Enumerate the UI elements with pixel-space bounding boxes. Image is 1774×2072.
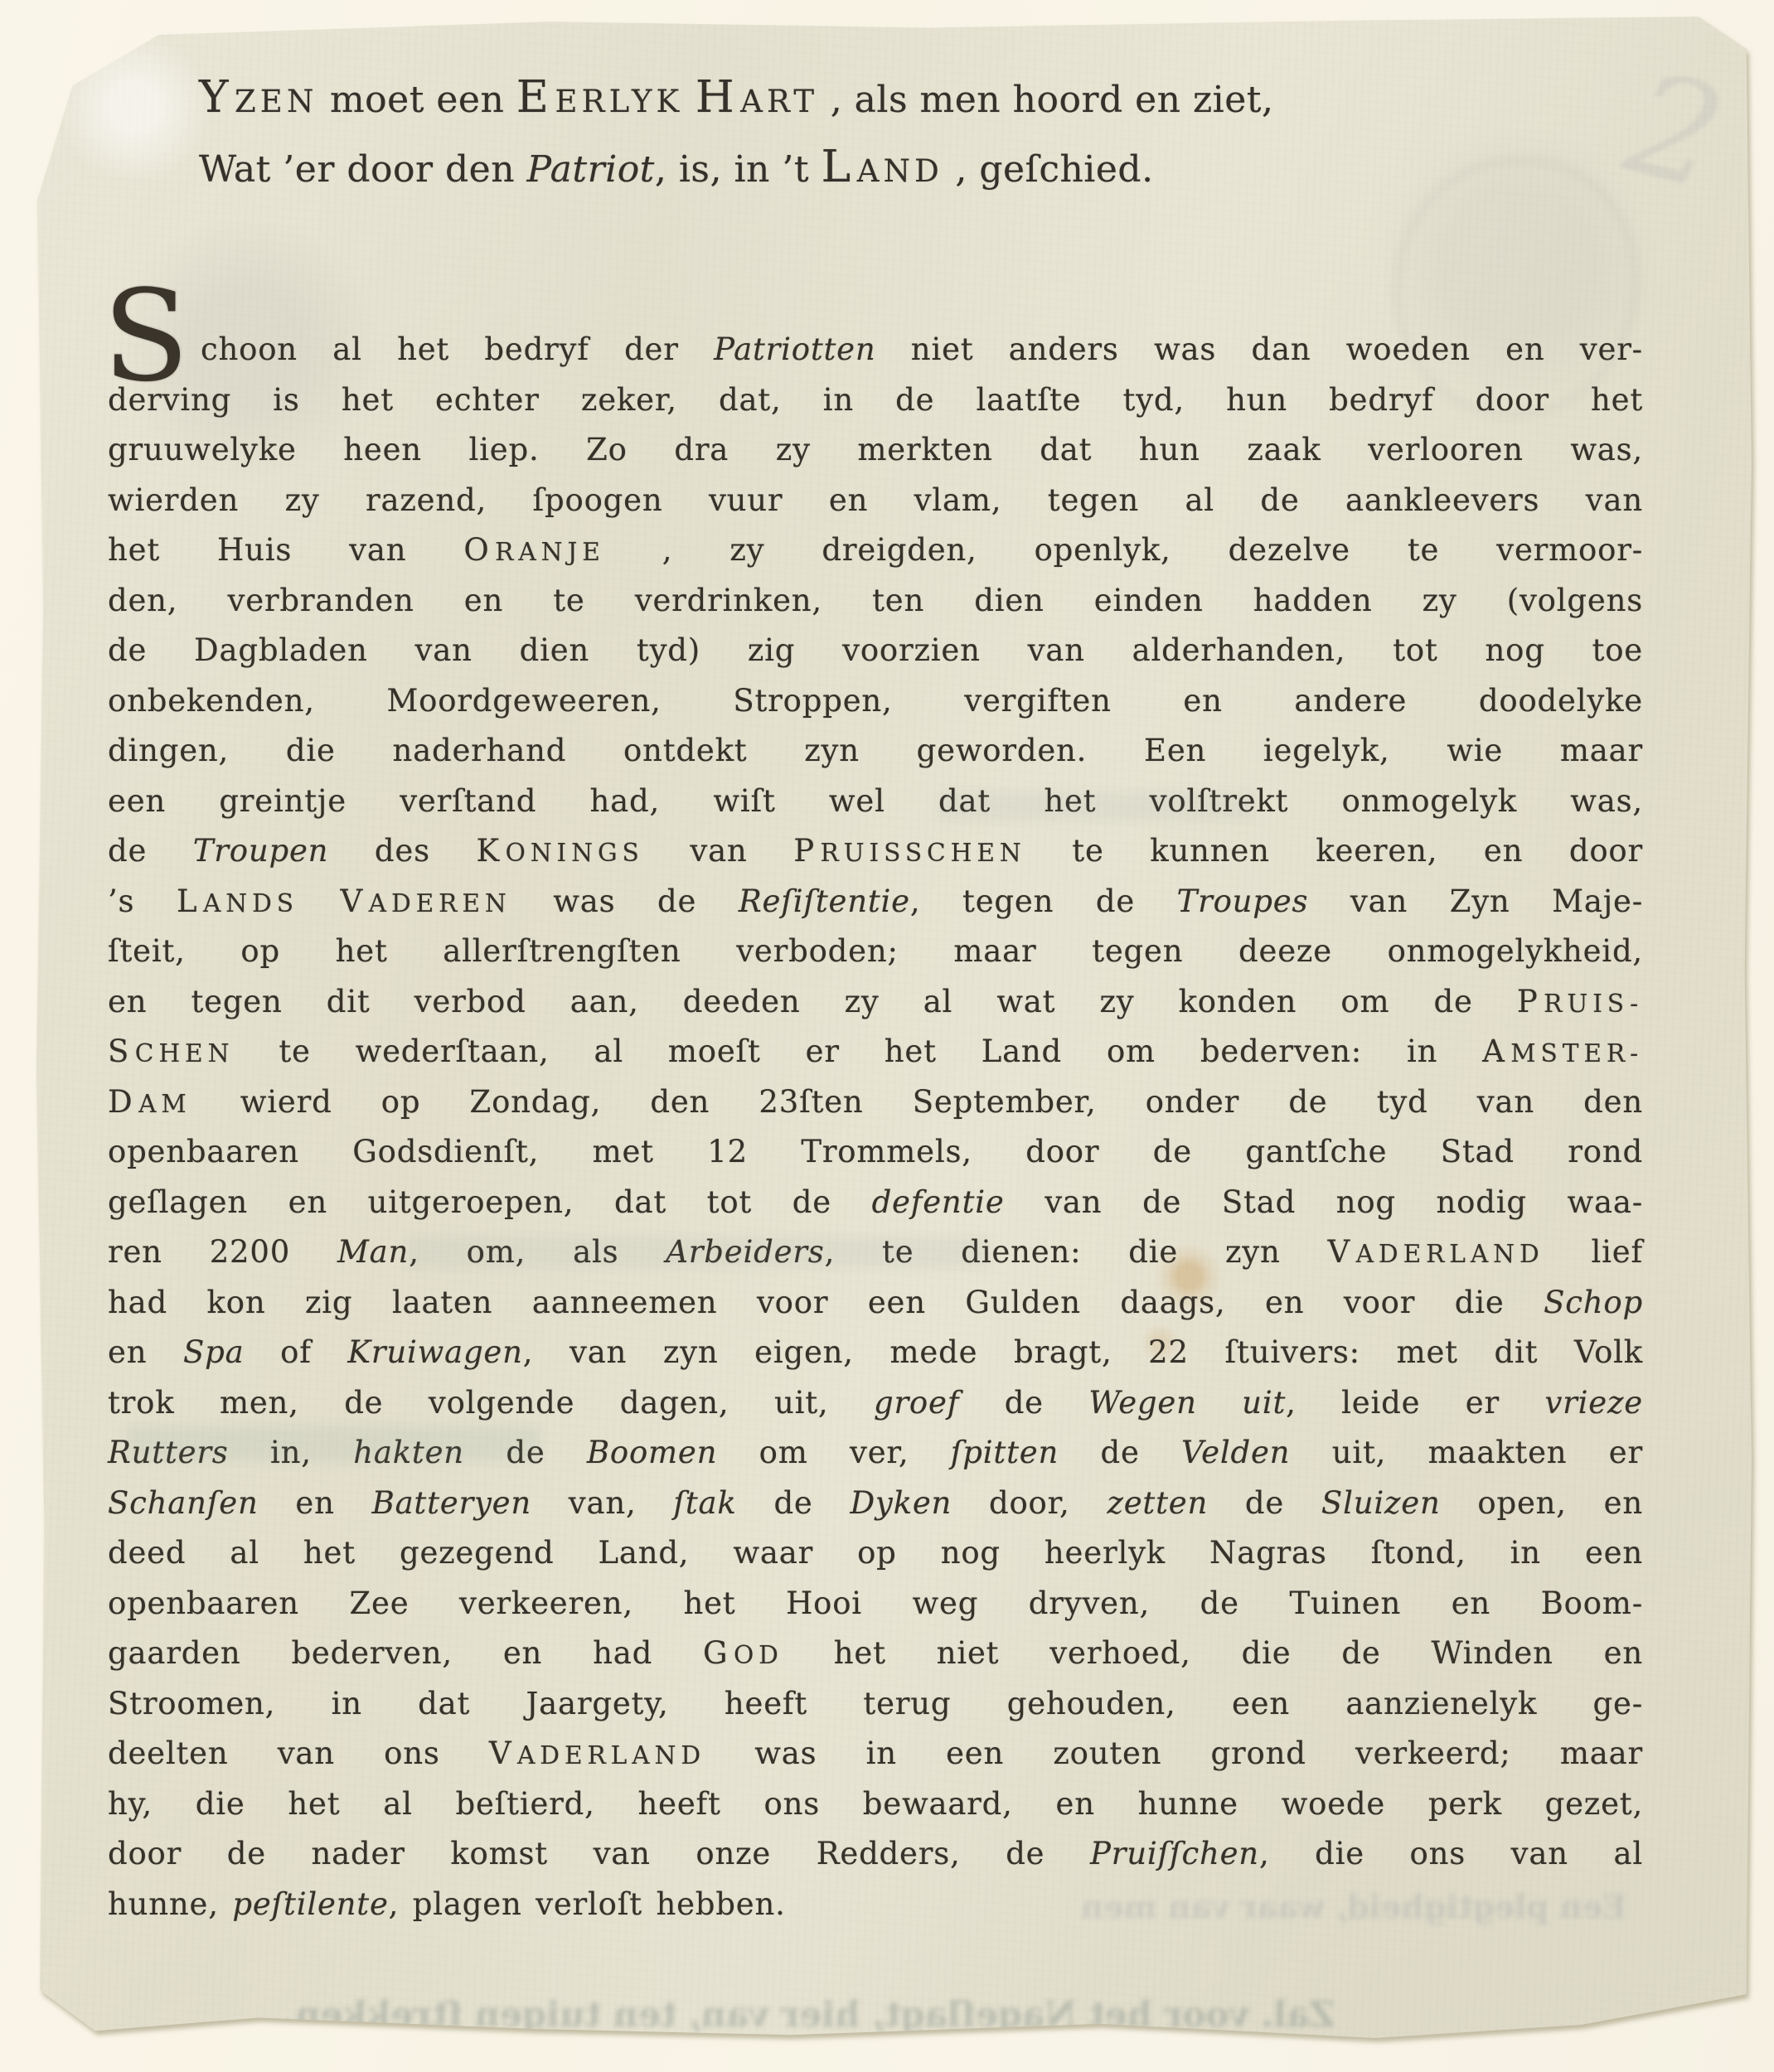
text-run: de bbox=[464, 1435, 587, 1470]
text-run: ’s bbox=[108, 884, 177, 919]
smallcaps-text: D bbox=[108, 1084, 138, 1120]
text-run: door, bbox=[952, 1485, 1107, 1521]
text-run: in, bbox=[229, 1435, 354, 1470]
text-line: SCHEN te wederſtaan, al moeſt er het Lan… bbox=[108, 1027, 1643, 1077]
text-run: onbekenden, Moordgeweeren, Stroppen, ver… bbox=[108, 683, 1643, 719]
smallcaps-text: L bbox=[822, 140, 857, 192]
smallcaps-text: L bbox=[177, 884, 203, 919]
text-run bbox=[683, 79, 696, 121]
heading-line: YZEN moet een EERLYK HART , als men hoor… bbox=[199, 65, 1608, 134]
text-line: trok men, de volgende dagen, uit, groef … bbox=[108, 1378, 1643, 1429]
text-run: was in een zouten grond verkeerd; maar bbox=[705, 1736, 1643, 1771]
italic-text: Velden bbox=[1181, 1435, 1290, 1470]
text-run: open, en bbox=[1441, 1485, 1643, 1521]
smallcaps-text: K bbox=[477, 833, 506, 869]
italic-text: Boomen bbox=[587, 1435, 717, 1470]
text-line: de Troupen des KONINGS van PRUISSCHEN te… bbox=[108, 826, 1643, 877]
text-line: geſlagen en uitgeroepen, dat tot de defe… bbox=[108, 1178, 1643, 1228]
italic-text: ſpitten bbox=[951, 1435, 1059, 1470]
italic-text: Arbeiders bbox=[666, 1234, 824, 1270]
smallcaps-text: ONINGS bbox=[506, 839, 644, 867]
smallcaps-text: ADERLAND bbox=[517, 1741, 705, 1769]
smallcaps-text: V bbox=[1328, 1234, 1356, 1270]
smallcaps-text: ERLYK bbox=[555, 84, 683, 119]
text-run: choon al het bedryf der bbox=[201, 332, 714, 367]
paper-sheet: YZEN moet een EERLYK HART , als men hoor… bbox=[35, 17, 1753, 2047]
italic-text: hakten bbox=[353, 1435, 464, 1470]
smallcaps-text: RUISSCHEN bbox=[820, 839, 1025, 867]
italic-text: Wegen uit bbox=[1088, 1385, 1286, 1421]
italic-text: vrieze bbox=[1544, 1385, 1643, 1421]
text-run: derving is het echter zeker, dat, in de … bbox=[108, 382, 1643, 418]
text-run: hunne, bbox=[108, 1886, 232, 1922]
smallcaps-text: V bbox=[489, 1736, 517, 1771]
italic-text: defentie bbox=[872, 1184, 1005, 1220]
text-run: hy, die het al beſtierd, heeft ons bewaa… bbox=[108, 1786, 1643, 1822]
text-run: de bbox=[1059, 1435, 1181, 1470]
text-run: , plagen verloſt hebben. bbox=[389, 1886, 786, 1922]
smallcaps-text: MSTER- bbox=[1510, 1039, 1643, 1067]
text-run: , te dienen: die zyn bbox=[825, 1234, 1328, 1270]
text-run: om ver, bbox=[717, 1435, 951, 1470]
scanned-document-page: { "palette": { "paper": "#e7e3d1", "back… bbox=[0, 0, 1774, 2072]
text-run: ren 2200 bbox=[108, 1234, 337, 1270]
text-line: hy, die het al beſtierd, heeft ons bewaa… bbox=[108, 1779, 1643, 1830]
text-run: lief bbox=[1544, 1234, 1643, 1270]
text-run: te wederſtaan, al moeſt er het Land om b… bbox=[234, 1034, 1482, 1069]
pencil-mark: 2 bbox=[1612, 41, 1739, 222]
italic-text: Spa bbox=[183, 1334, 245, 1370]
paper-shadow-wrap: YZEN moet een EERLYK HART , als men hoor… bbox=[0, 0, 1774, 2072]
text-line: de Dagbladen van dien tyd) zig voorzien … bbox=[108, 626, 1643, 676]
italic-text: peſtilente bbox=[232, 1886, 388, 1922]
text-run: wierd op Zondag, den 23ſten September, o… bbox=[191, 1084, 1643, 1120]
smallcaps-text: ADEREN bbox=[369, 889, 511, 917]
text-line: door de nader komst van onze Redders, de… bbox=[108, 1829, 1643, 1880]
text-run: des bbox=[328, 833, 476, 869]
text-run: , die ons van al bbox=[1259, 1836, 1643, 1871]
text-run: moet een bbox=[317, 79, 516, 121]
text-run: wierden zy razend, ſpoogen vuur en vlam,… bbox=[108, 482, 1643, 518]
smallcaps-text: E bbox=[516, 70, 555, 123]
text-run: en tegen dit verbod aan, deeden zy al wa… bbox=[108, 984, 1517, 1019]
text-run: te kunnen keeren, en door bbox=[1026, 833, 1643, 869]
text-run: , zy dreigden, openlyk, dezelve te vermo… bbox=[605, 532, 1643, 568]
smallcaps-text: AND bbox=[857, 153, 943, 189]
text-run: gaarden bederven, en had bbox=[108, 1635, 703, 1671]
text-run: dingen, die naderhand ontdekt zyn geword… bbox=[108, 733, 1643, 768]
text-run: Stroomen, in dat Jaargety, heeft terug g… bbox=[108, 1686, 1643, 1721]
text-line: Schoon al het bedryf der Patriotten niet… bbox=[108, 325, 1643, 375]
italic-text: Reſiſtentie bbox=[739, 884, 910, 919]
smallcaps-text: AM bbox=[138, 1090, 191, 1118]
smallcaps-text: Y bbox=[199, 70, 235, 123]
italic-text: Schop bbox=[1544, 1285, 1643, 1320]
smallcaps-text: S bbox=[108, 1034, 135, 1069]
text-run: deed al het gezegend Land, waar op nog h… bbox=[108, 1535, 1643, 1571]
text-run: van Zyn Maje- bbox=[1308, 884, 1643, 919]
text-run: een greintje verſtand had, wiſt wel dat … bbox=[108, 783, 1643, 819]
text-run: het niet verhoed, die de Winden en bbox=[783, 1635, 1643, 1671]
text-run: ſteit, op het allerſtrengſten verboden; … bbox=[108, 933, 1643, 969]
text-line: een greintje verſtand had, wiſt wel dat … bbox=[108, 777, 1643, 827]
text-run: en bbox=[108, 1334, 183, 1370]
text-run: had kon zig laaten aanneemen voor een Gu… bbox=[108, 1285, 1544, 1320]
body-paragraph: Schoon al het bedryf der Patriotten niet… bbox=[108, 325, 1643, 1929]
text-line: gaarden bederven, en had GOD het niet ve… bbox=[108, 1629, 1643, 1679]
italic-text: Troupes bbox=[1177, 884, 1309, 919]
text-line: openbaaren Godsdienſt, met 12 Trommels, … bbox=[108, 1127, 1643, 1178]
text-run: , is, in ’t bbox=[655, 148, 822, 191]
text-line: wierden zy razend, ſpoogen vuur en vlam,… bbox=[108, 476, 1643, 526]
text-run: deelten van ons bbox=[108, 1736, 489, 1771]
text-line: deed al het gezegend Land, waar op nog h… bbox=[108, 1528, 1643, 1579]
text-run: Wat ’er door den bbox=[199, 148, 527, 191]
heading-line: Wat ’er door den Patriot, is, in ’t LAND… bbox=[199, 134, 1608, 204]
text-line: dingen, die naderhand ontdekt zyn geword… bbox=[108, 726, 1643, 777]
text-run: den, verbranden en te verdrinken, ten di… bbox=[108, 583, 1643, 618]
text-run: van, bbox=[531, 1485, 673, 1521]
text-run: openbaaren Zee verkeeren, het Hooi weg d… bbox=[108, 1585, 1643, 1621]
text-line: DAM wierd op Zondag, den 23ſten Septembe… bbox=[108, 1077, 1643, 1128]
text-run: openbaaren Godsdienſt, met 12 Trommels, … bbox=[108, 1134, 1643, 1169]
text-line: gruuwelyke heen liep. Zo dra zy merkten … bbox=[108, 425, 1643, 476]
heading-couplet: YZEN moet een EERLYK HART , als men hoor… bbox=[199, 65, 1608, 204]
italic-text: Rutters bbox=[108, 1435, 229, 1470]
text-run: , van zyn eigen, mede bragt, 22 ſtuivers… bbox=[523, 1334, 1643, 1370]
text-run: gruuwelyke heen liep. Zo dra zy merkten … bbox=[108, 432, 1643, 467]
text-run: door de nader komst van onze Redders, de bbox=[108, 1836, 1090, 1871]
smallcaps-text: H bbox=[696, 70, 740, 123]
text-line: en Spa of Kruiwagen, van zyn eigen, mede… bbox=[108, 1328, 1643, 1378]
smallcaps-text: P bbox=[1517, 984, 1544, 1019]
italic-text: Dyken bbox=[850, 1485, 952, 1521]
italic-text: Schanſen bbox=[108, 1485, 259, 1521]
italic-text: Man bbox=[337, 1234, 409, 1270]
text-run: de bbox=[959, 1385, 1088, 1421]
text-line: Schanſen en Batteryen van, ſtak de Dyken… bbox=[108, 1479, 1643, 1529]
smallcaps-text: RANJE bbox=[495, 538, 605, 566]
show-through-text: Zal. voor het Nageſlagt, hier van, ten t… bbox=[207, 1994, 1335, 2035]
text-run: de bbox=[108, 833, 193, 869]
text-run: en bbox=[259, 1485, 372, 1521]
smallcaps-text: P bbox=[793, 833, 820, 869]
text-run: , leide er bbox=[1286, 1385, 1544, 1421]
italic-text: Pruiſſchen bbox=[1090, 1836, 1259, 1871]
smallcaps-text: ANDS bbox=[203, 889, 298, 917]
text-line: ren 2200 Man, om, als Arbeiders, te dien… bbox=[108, 1227, 1643, 1278]
text-run: , als men hoord en ziet, bbox=[818, 79, 1273, 121]
smallcaps-text: O bbox=[463, 532, 495, 568]
italic-text: Batteryen bbox=[372, 1485, 531, 1521]
smallcaps-text: CHEN bbox=[135, 1039, 235, 1067]
text-line: openbaaren Zee verkeeren, het Hooi weg d… bbox=[108, 1579, 1643, 1629]
italic-text: Troupen bbox=[193, 833, 328, 869]
text-line: het Huis van ORANJE , zy dreigden, openl… bbox=[108, 525, 1643, 576]
text-run: was de bbox=[511, 884, 739, 919]
text-line: had kon zig laaten aanneemen voor een Gu… bbox=[108, 1278, 1643, 1329]
italic-text: Kruiwagen bbox=[347, 1334, 522, 1370]
text-run bbox=[298, 884, 341, 919]
text-line: den, verbranden en te verdrinken, ten di… bbox=[108, 576, 1643, 627]
text-line: derving is het echter zeker, dat, in de … bbox=[108, 375, 1643, 426]
smallcaps-text: A bbox=[1482, 1034, 1510, 1069]
text-run: , geſchied. bbox=[943, 148, 1154, 191]
text-line: en tegen dit verbod aan, deeden zy al wa… bbox=[108, 977, 1643, 1028]
italic-text: Sluizen bbox=[1321, 1485, 1441, 1521]
text-run: de bbox=[737, 1485, 851, 1521]
smallcaps-text: OD bbox=[734, 1641, 783, 1669]
text-run: uit, maakten er bbox=[1290, 1435, 1643, 1470]
text-line: Stroomen, in dat Jaargety, heeft terug g… bbox=[108, 1679, 1643, 1730]
text-line: ſteit, op het allerſtrengſten verboden; … bbox=[108, 927, 1643, 977]
smallcaps-text: G bbox=[703, 1635, 734, 1671]
text-line: deelten van ons VADERLAND was in een zou… bbox=[108, 1729, 1643, 1779]
italic-text: Patriotten bbox=[714, 332, 875, 367]
text-run: de bbox=[1208, 1485, 1321, 1521]
text-run: trok men, de volgende dagen, uit, bbox=[108, 1385, 874, 1421]
smallcaps-text: V bbox=[341, 884, 369, 919]
italic-text: zetten bbox=[1107, 1485, 1208, 1521]
text-run: van bbox=[644, 833, 793, 869]
smallcaps-text: ADERLAND bbox=[1356, 1240, 1544, 1268]
smallcaps-text: ZEN bbox=[235, 84, 318, 119]
text-run: van de Stad nog nodig waa- bbox=[1005, 1184, 1643, 1220]
smallcaps-text: RUIS- bbox=[1544, 990, 1643, 1018]
text-run: , om, als bbox=[409, 1234, 666, 1270]
text-run: geſlagen en uitgeroepen, dat tot de bbox=[108, 1184, 872, 1220]
text-run: de Dagbladen van dien tyd) zig voorzien … bbox=[108, 632, 1643, 668]
text-run: het Huis van bbox=[108, 532, 463, 568]
italic-text: groef bbox=[874, 1385, 959, 1421]
text-line: Rutters in, hakten de Boomen om ver, ſpi… bbox=[108, 1428, 1643, 1479]
text-run: niet anders was dan woeden en ver- bbox=[875, 332, 1643, 367]
text-run: of bbox=[245, 1334, 348, 1370]
italic-text: ſtak bbox=[673, 1485, 736, 1521]
smallcaps-text: ART bbox=[740, 84, 818, 119]
text-run: , tegen de bbox=[910, 884, 1177, 919]
text-line: onbekenden, Moordgeweeren, Stroppen, ver… bbox=[108, 676, 1643, 727]
text-line: ’s LANDS VADEREN was de Reſiſtentie, teg… bbox=[108, 877, 1643, 927]
italic-text: Patriot bbox=[527, 148, 655, 191]
text-line: hunne, peſtilente, plagen verloſt hebben… bbox=[108, 1880, 1643, 1930]
